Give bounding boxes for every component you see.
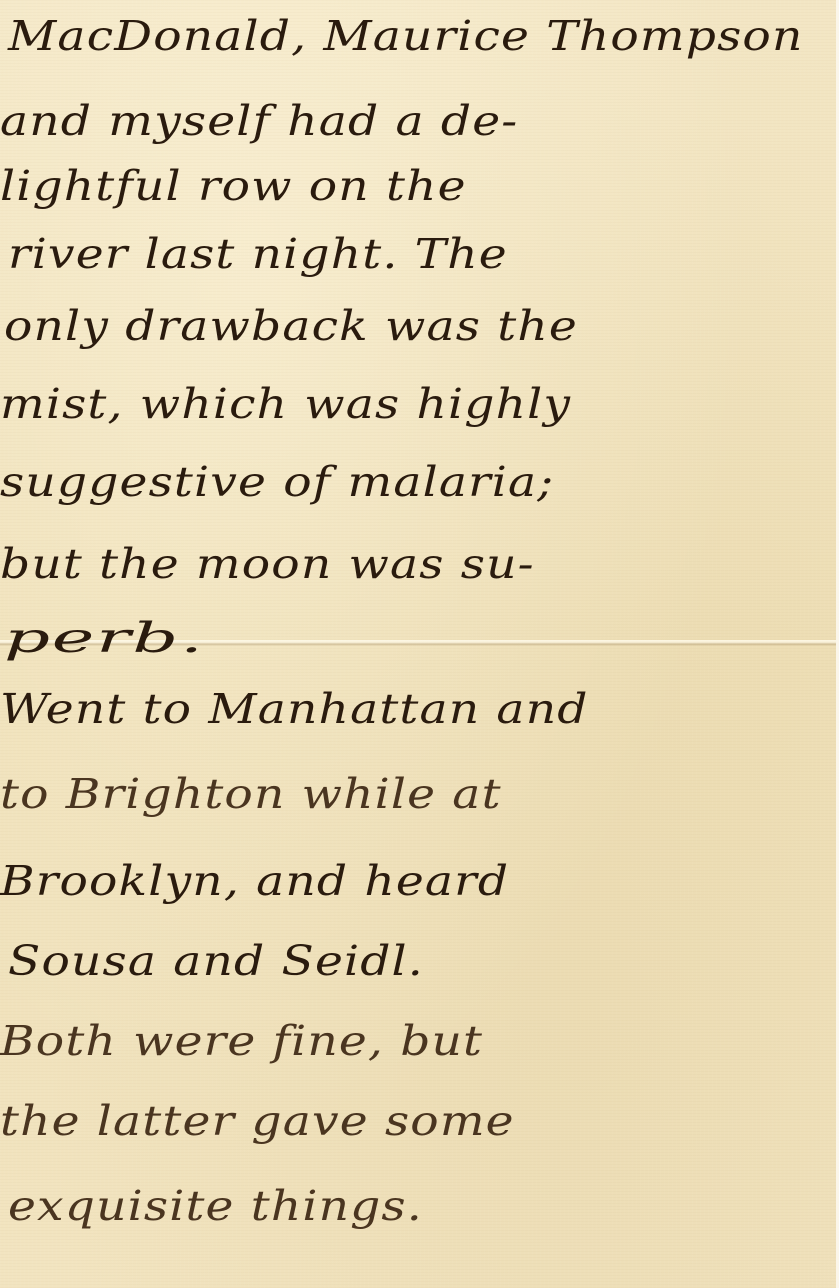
handwritten-line: suggestive of malaria; bbox=[0, 456, 554, 508]
handwritten-line: only drawback was the bbox=[4, 300, 578, 352]
handwritten-line: mist, which was highly bbox=[0, 378, 571, 430]
handwritten-line: Brooklyn, and heard bbox=[0, 855, 509, 907]
handwritten-line: Sousa and Seidl. bbox=[8, 935, 424, 987]
handwritten-line: Went to Manhattan and bbox=[0, 683, 589, 735]
handwritten-line: MacDonald, Maurice Thompson bbox=[8, 10, 803, 62]
handwritten-line: but the moon was su- bbox=[0, 538, 535, 590]
handwritten-line: exquisite things. bbox=[8, 1180, 423, 1232]
handwritten-line: and myself had a de- bbox=[0, 95, 518, 147]
handwritten-line: perb. bbox=[4, 612, 205, 664]
handwritten-line: lightful row on the bbox=[0, 160, 467, 212]
handwritten-line: the latter gave some bbox=[0, 1095, 515, 1147]
letter-page: MacDonald, Maurice Thompson and myself h… bbox=[0, 0, 839, 1288]
handwritten-line: to Brighton while at bbox=[0, 768, 502, 820]
handwritten-line: Both were fine, but bbox=[0, 1015, 483, 1067]
handwritten-line: river last night. The bbox=[8, 228, 508, 280]
